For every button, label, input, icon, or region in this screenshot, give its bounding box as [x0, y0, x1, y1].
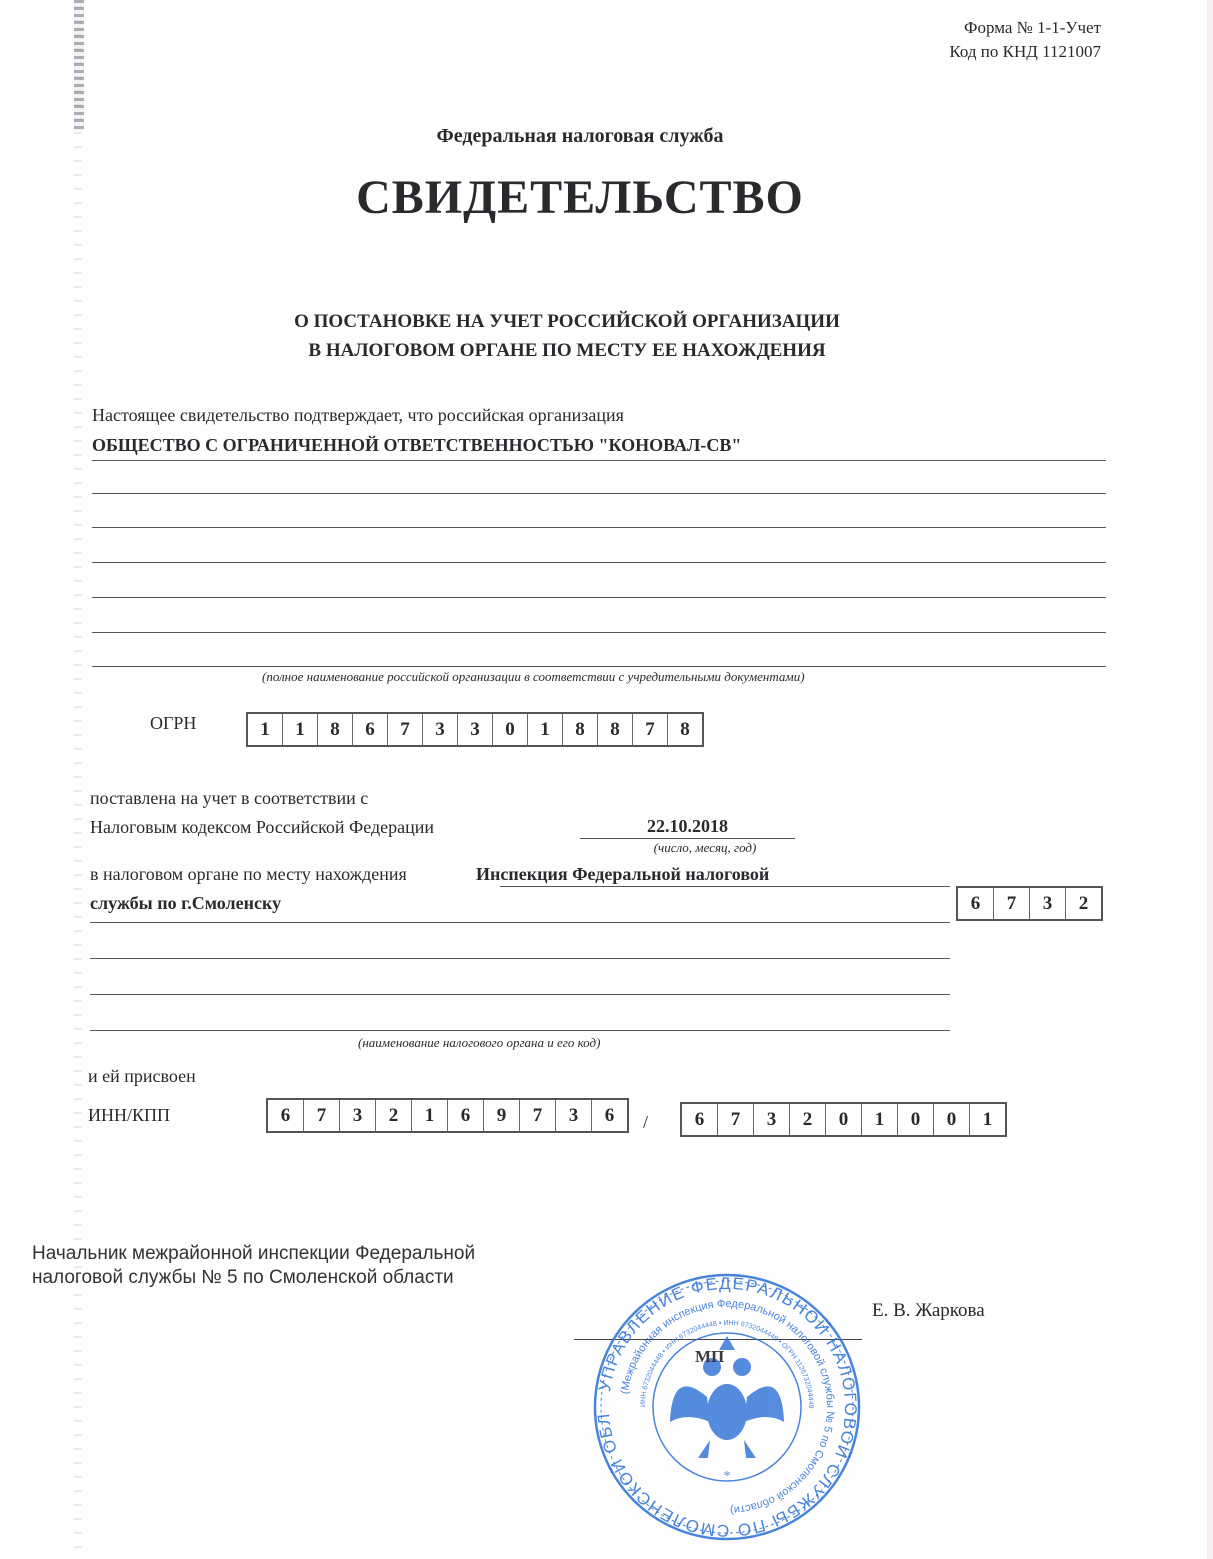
digit-cell: 6	[448, 1100, 484, 1131]
digit-cell: 6	[268, 1100, 304, 1131]
digit-cell: 6	[958, 888, 994, 919]
intro-text: Настоящее свидетельство подтверждает, чт…	[92, 405, 624, 426]
organization-name: ОБЩЕСТВО С ОГРАНИЧЕННОЙ ОТВЕТСТВЕННОСТЬЮ…	[92, 435, 741, 456]
signatory-position-line-2: налоговой службы № 5 по Смоленской облас…	[32, 1266, 475, 1290]
ogrn-boxes: 1186733018878	[246, 712, 704, 747]
tax-authority-line	[90, 958, 950, 959]
tax-authority-caption: (наименование налогового органа и его ко…	[358, 1035, 600, 1051]
digit-cell: 3	[1030, 888, 1066, 919]
signatory-position: Начальник межрайонной инспекции Федераль…	[32, 1242, 475, 1290]
tax-authority-line	[90, 922, 950, 923]
official-seal-stamp: УПРАВЛЕНИЕ ФЕДЕРАЛЬНОЙ НАЛОГОВОЙ СЛУЖБЫ …	[592, 1272, 862, 1542]
agency-name: Федеральная налоговая служба	[0, 125, 1160, 148]
digit-cell: 0	[934, 1104, 970, 1135]
digit-cell: 7	[388, 714, 423, 745]
inn-kpp-separator: /	[643, 1112, 648, 1133]
signatory-name: Е. В. Жаркова	[872, 1300, 985, 1322]
org-name-line	[92, 493, 1106, 494]
form-identifier: Форма № 1-1-Учет Код по КНД 1121007	[949, 16, 1101, 64]
tax-authority-code-boxes: 6732	[956, 886, 1103, 921]
digit-cell: 7	[520, 1100, 556, 1131]
document-title: СВИДЕТЕЛЬСТВО	[0, 170, 1160, 225]
tax-authority-line	[90, 994, 950, 995]
digit-cell: 1	[248, 714, 283, 745]
ogrn-label: ОГРН	[150, 713, 196, 734]
scan-edge-artifact	[74, 0, 82, 1559]
digit-cell: 7	[718, 1104, 754, 1135]
digit-cell: 0	[826, 1104, 862, 1135]
digit-cell: 1	[528, 714, 563, 745]
registration-date: 22.10.2018	[580, 816, 795, 837]
organization-caption: (полное наименование российской организа…	[262, 669, 805, 685]
svg-text:*: *	[724, 1469, 731, 1484]
assigned-label: и ей присвоен	[88, 1066, 196, 1087]
org-name-line	[92, 597, 1106, 598]
digit-cell: 9	[484, 1100, 520, 1131]
digit-cell: 7	[994, 888, 1030, 919]
tax-authority-line	[500, 886, 950, 887]
tax-authority-name-2: службы по г.Смоленску	[90, 893, 281, 914]
signatory-position-line-1: Начальник межрайонной инспекции Федераль…	[32, 1242, 475, 1266]
digit-cell: 0	[493, 714, 528, 745]
digit-cell: 6	[592, 1100, 627, 1131]
scan-edge-shadow	[1207, 0, 1213, 1559]
org-name-line	[92, 562, 1106, 563]
date-caption: (число, месяц, год)	[580, 840, 830, 856]
document-subtitle: О ПОСТАНОВКЕ НА УЧЕТ РОССИЙСКОЙ ОРГАНИЗА…	[0, 307, 1134, 365]
digit-cell: 6	[682, 1104, 718, 1135]
inn-boxes: 6732169736	[266, 1098, 629, 1133]
digit-cell: 0	[898, 1104, 934, 1135]
org-name-line	[92, 632, 1106, 633]
digit-cell: 1	[970, 1104, 1005, 1135]
digit-cell: 3	[340, 1100, 376, 1131]
digit-cell: 6	[353, 714, 388, 745]
digit-cell: 3	[458, 714, 493, 745]
digit-cell: 7	[633, 714, 668, 745]
tax-authority-name-1: Инспекция Федеральной налоговой	[476, 864, 769, 885]
org-name-line	[92, 460, 1106, 461]
subtitle-line-1: О ПОСТАНОВКЕ НА УЧЕТ РОССИЙСКОЙ ОРГАНИЗА…	[0, 307, 1134, 336]
digit-cell: 8	[598, 714, 633, 745]
digit-cell: 8	[668, 714, 702, 745]
org-name-line	[92, 527, 1106, 528]
digit-cell: 1	[412, 1100, 448, 1131]
digit-cell: 3	[423, 714, 458, 745]
digit-cell: 3	[754, 1104, 790, 1135]
kpp-boxes: 673201001	[680, 1102, 1007, 1137]
seal-mark-text: МП	[695, 1347, 724, 1366]
tax-authority-line	[90, 1030, 950, 1031]
digit-cell: 2	[376, 1100, 412, 1131]
date-line	[580, 838, 795, 839]
org-name-line	[92, 666, 1106, 667]
tax-authority-label: в налоговом органе по месту нахождения	[90, 864, 407, 885]
digit-cell: 1	[862, 1104, 898, 1135]
digit-cell: 2	[790, 1104, 826, 1135]
scan-edge-artifact	[74, 0, 84, 130]
digit-cell: 1	[283, 714, 318, 745]
subtitle-line-2: В НАЛОГОВОМ ОРГАНЕ ПО МЕСТУ ЕЕ НАХОЖДЕНИ…	[0, 336, 1134, 365]
digit-cell: 7	[304, 1100, 340, 1131]
digit-cell: 8	[318, 714, 353, 745]
registration-line-2: Налоговым кодексом Российской Федерации	[90, 817, 434, 838]
digit-cell: 2	[1066, 888, 1101, 919]
digit-cell: 8	[563, 714, 598, 745]
form-number: Форма № 1-1-Учет	[949, 16, 1101, 40]
knd-code: Код по КНД 1121007	[949, 40, 1101, 64]
registration-line-1: поставлена на учет в соответствии с	[90, 788, 368, 809]
digit-cell: 3	[556, 1100, 592, 1131]
inn-kpp-label: ИНН/КПП	[88, 1105, 170, 1126]
eagle-emblem-icon: *	[670, 1336, 784, 1484]
